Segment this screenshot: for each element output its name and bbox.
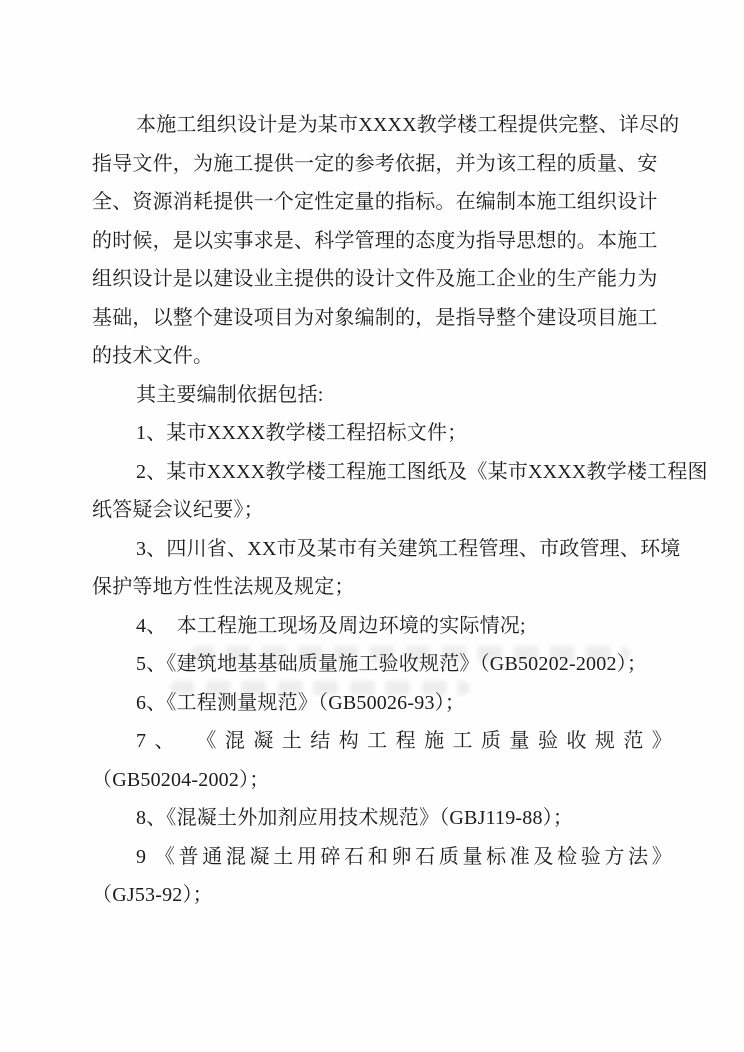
paragraph-line: 2、某市XXXX教学楼工程施工图纸及《某市XXXX教学楼工程图 <box>92 453 672 492</box>
list-item-7: 7、 《混凝土结构工程施工质量验收规范》 （GB50204-2002）； <box>92 722 672 799</box>
list-item-3: 3、四川省、XX市及某市有关建筑工程管理、市政管理、环境 保护等地方性性法规及规… <box>92 530 672 607</box>
paragraph-line: 3、四川省、XX市及某市有关建筑工程管理、市政管理、环境 <box>92 530 672 569</box>
document-body: 本施工组织设计是为某市XXXX教学楼工程提供完整、详尽的 指导文件，为施工提供一… <box>92 106 672 915</box>
paragraph-line: 本施工组织设计是为某市XXXX教学楼工程提供完整、详尽的 <box>92 106 672 145</box>
paragraph-line: 5、《建筑地基基础质量施工验收规范》（GB50202-2002）； <box>92 645 672 684</box>
list-item-5: 5、《建筑地基基础质量施工验收规范》（GB50202-2002）； <box>92 645 672 684</box>
paragraph-line: 保护等地方性性法规及规定； <box>92 568 672 607</box>
list-item-4: 4、 本工程施工现场及周边环境的实际情况; <box>92 607 672 646</box>
paragraph-line: 的时候，是以实事求是、科学管理的态度为指导思想的。本施工 <box>92 222 672 261</box>
paragraph-line: 6、《工程测量规范》（GB50026-93）； <box>92 684 672 723</box>
paragraph-intro: 本施工组织设计是为某市XXXX教学楼工程提供完整、详尽的 指导文件，为施工提供一… <box>92 106 672 376</box>
list-item-8: 8、《混凝土外加剂应用技术规范》（GBJ119-88）； <box>92 799 672 838</box>
paragraph-line: 9 《普通混凝土用碎石和卵石质量标准及检验方法》 <box>92 838 672 877</box>
paragraph-line: （GJ53-92）； <box>92 876 672 915</box>
paragraph-line: 全、资源消耗提供一个定性定量的指标。在编制本施工组织设计 <box>92 183 672 222</box>
paragraph-line: 8、《混凝土外加剂应用技术规范》（GBJ119-88）； <box>92 799 672 838</box>
list-item-9: 9 《普通混凝土用碎石和卵石质量标准及检验方法》 （GJ53-92）； <box>92 838 672 915</box>
paragraph-line: 纸答疑会议纪要》； <box>92 491 672 530</box>
paragraph-line: 其主要编制依据包括: <box>92 376 672 415</box>
paragraph-line: 4、 本工程施工现场及周边环境的实际情况; <box>92 607 672 646</box>
paragraph-line: 基础，以整个建设项目为对象编制的，是指导整个建设项目施工 <box>92 299 672 338</box>
paragraph-line: 7、 《混凝土结构工程施工质量验收规范》 <box>92 722 672 761</box>
paragraph-line: （GB50204-2002）； <box>92 761 672 800</box>
paragraph-line: 指导文件，为施工提供一定的参考依据，并为该工程的质量、安 <box>92 145 672 184</box>
list-item-1: 1、某市XXXX教学楼工程招标文件； <box>92 414 672 453</box>
list-item-6: 6、《工程测量规范》（GB50026-93）； <box>92 684 672 723</box>
paragraph-basis-heading: 其主要编制依据包括: <box>92 376 672 415</box>
paragraph-line: 组织设计是以建设业主提供的设计文件及施工企业的生产能力为 <box>92 260 672 299</box>
document-page: 本施工组织设计是为某市XXXX教学楼工程提供完整、详尽的 指导文件，为施工提供一… <box>0 0 744 1052</box>
paragraph-line: 1、某市XXXX教学楼工程招标文件； <box>92 414 672 453</box>
paragraph-line: 的技术文件。 <box>92 337 672 376</box>
list-item-2: 2、某市XXXX教学楼工程施工图纸及《某市XXXX教学楼工程图 纸答疑会议纪要》… <box>92 453 672 530</box>
